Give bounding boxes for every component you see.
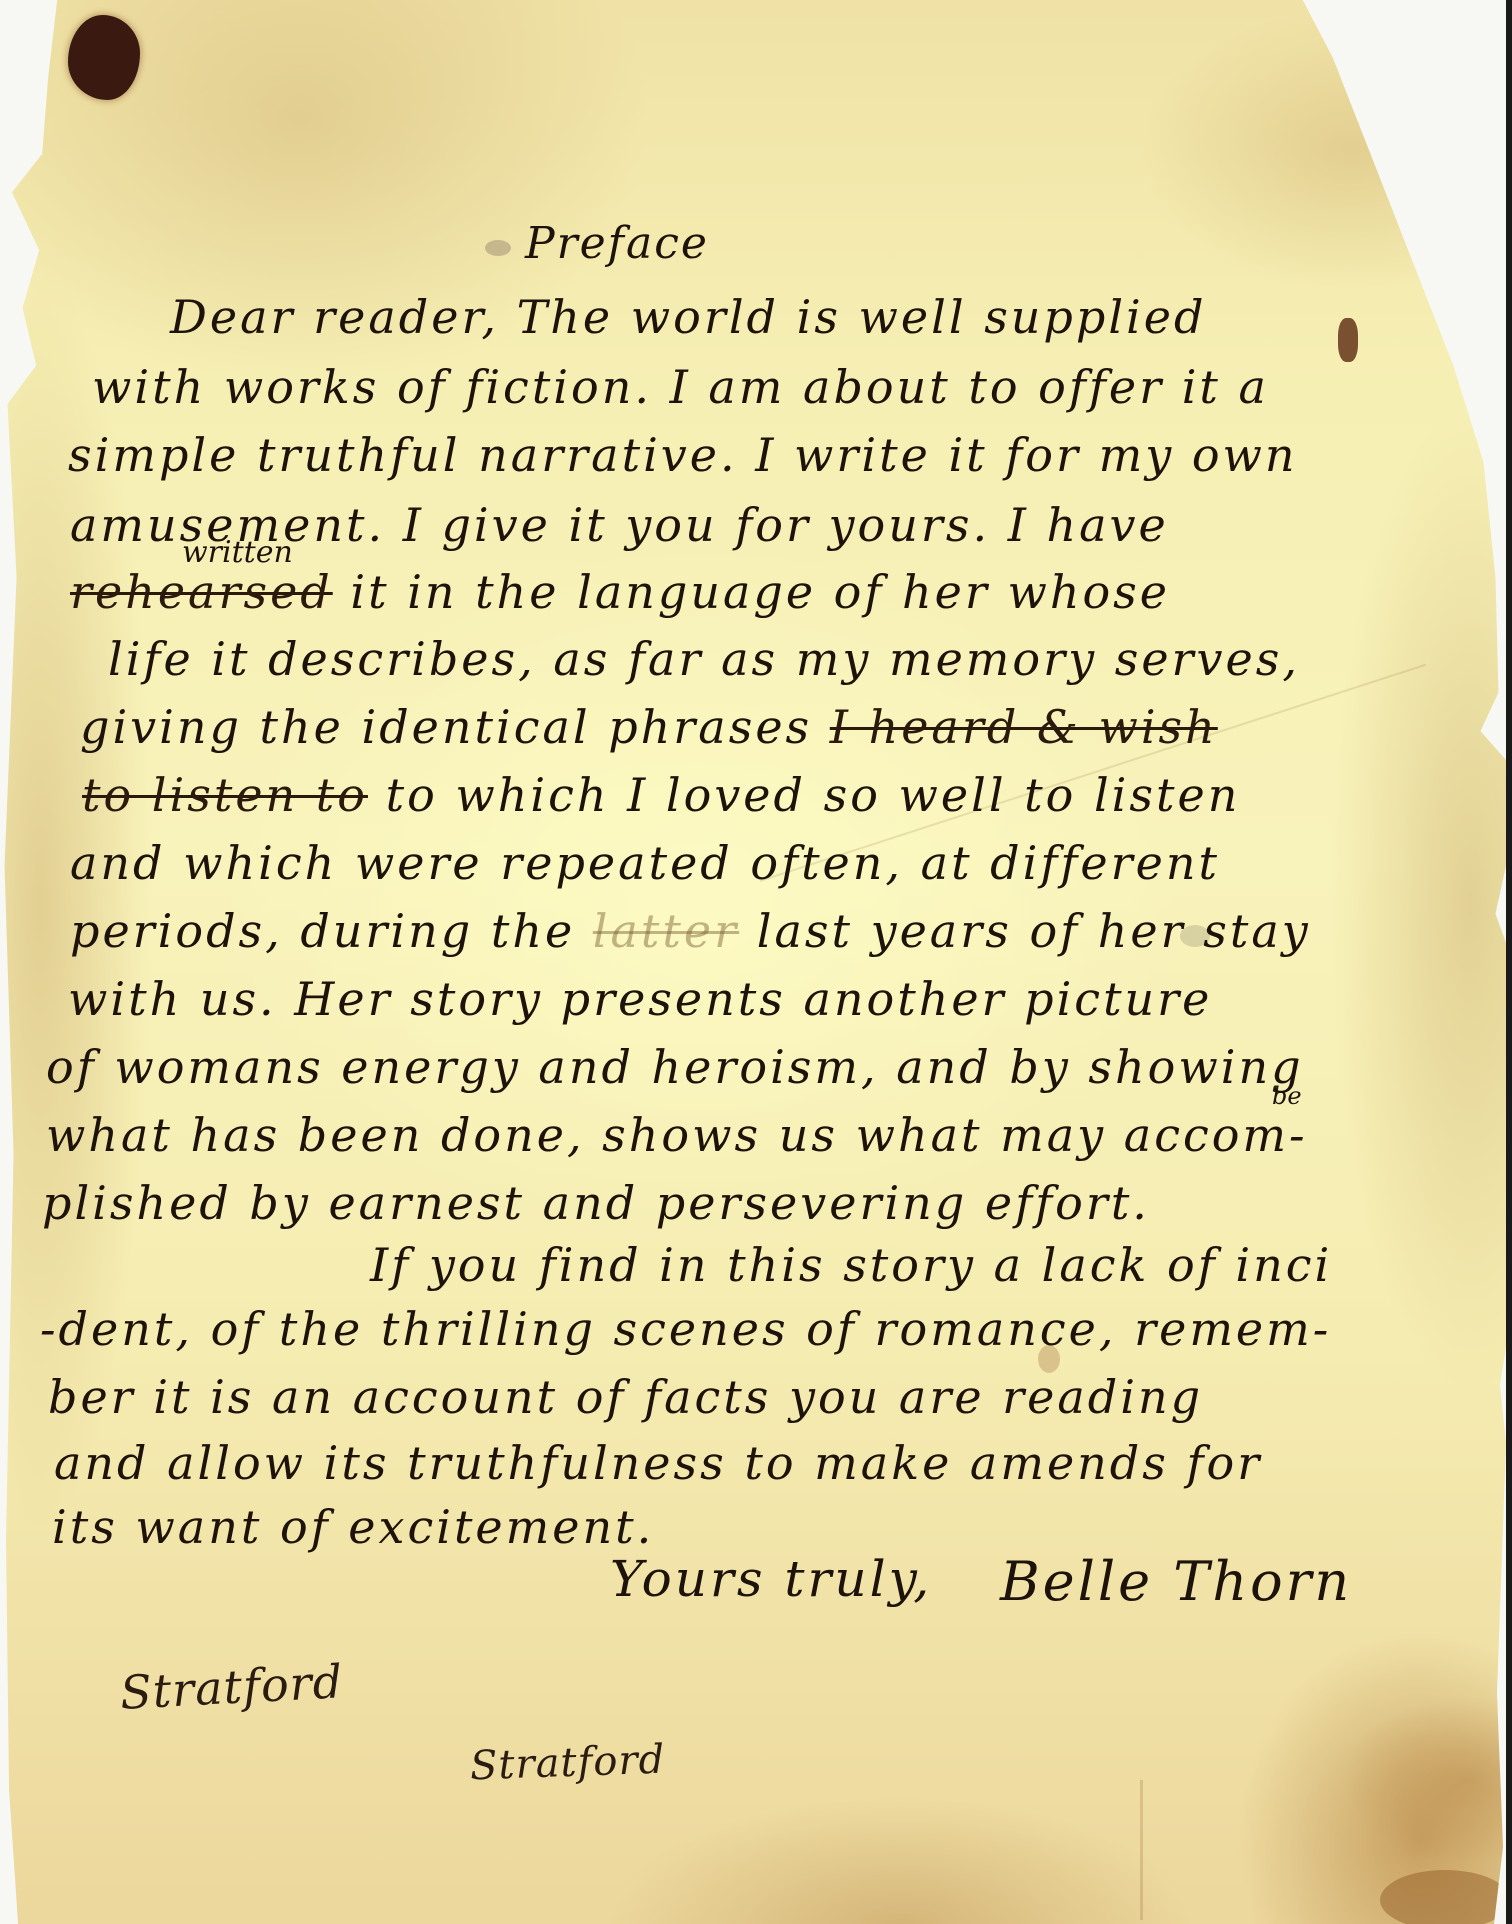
spot	[485, 240, 511, 256]
line-text: with us. Her story presents another pict…	[68, 972, 1212, 1026]
insertion-be: be	[1272, 1082, 1302, 1110]
faded-struck-text: latter	[593, 904, 739, 958]
text-line: periods, during the latter last years of…	[70, 904, 1311, 958]
burn-hole	[68, 15, 140, 100]
line-text: its want of excitement.	[52, 1500, 654, 1554]
text-line: what has been done, shows us what may ac…	[46, 1108, 1308, 1162]
signature: Belle Thorn	[1000, 1550, 1352, 1613]
text-line: rehearsed it in the language of her whos…	[70, 565, 1170, 619]
fold-crease	[1140, 1780, 1143, 1920]
line-text: Dear reader, The world is well supplied	[170, 290, 1206, 344]
text-line: of womans energy and heroism, and by sho…	[46, 1040, 1304, 1094]
line-text: of womans energy and heroism, and by sho…	[46, 1040, 1304, 1094]
line-text: with works of fiction. I am about to off…	[92, 360, 1269, 414]
line-text: last years of her stay	[739, 904, 1311, 958]
text-line: simple truthful narrative. I write it fo…	[68, 428, 1298, 482]
place-note: Stratford	[469, 1737, 666, 1790]
text-line: and allow its truthfulness to make amend…	[54, 1436, 1262, 1490]
struck-text: rehearsed	[70, 565, 333, 619]
line-text: and allow its truthfulness to make amend…	[54, 1436, 1262, 1490]
text-line: with us. Her story presents another pict…	[68, 972, 1212, 1026]
text-line: -dent, of the thrilling scenes of romanc…	[40, 1302, 1331, 1356]
line-text: to which I loved so well to listen	[368, 768, 1240, 822]
ink-blot	[1338, 318, 1358, 362]
page-title: Preface	[525, 218, 709, 269]
manuscript-page: Preface Dear reader, The world is well s…	[0, 0, 1506, 1924]
place-note: Stratford	[119, 1654, 345, 1720]
text-line: to listen to to which I loved so well to…	[82, 768, 1240, 822]
text-line: plished by earnest and persevering effor…	[42, 1176, 1150, 1230]
line-text: simple truthful narrative. I write it fo…	[68, 428, 1298, 482]
struck-text: I heard & wish	[830, 700, 1218, 754]
line-text: If you find in this story a lack of inci	[370, 1238, 1332, 1292]
line-text: and which were repeated often, at differ…	[70, 836, 1220, 890]
struck-text: to listen to	[82, 768, 368, 822]
text-line: life it describes, as far as my memory s…	[108, 632, 1300, 686]
text-line: giving the identical phrases I heard & w…	[80, 700, 1218, 754]
text-line: with works of fiction. I am about to off…	[92, 360, 1269, 414]
line-text: plished by earnest and persevering effor…	[42, 1176, 1150, 1230]
line-text: giving the identical phrases	[80, 700, 830, 754]
line-text: accom-	[1124, 1108, 1308, 1162]
edge-stain	[1380, 1870, 1510, 1924]
valediction: Yours truly,	[610, 1550, 932, 1608]
line-text: periods, during the	[70, 904, 593, 958]
line-text: life it describes, as far as my memory s…	[108, 632, 1300, 686]
line-text: what has been done, shows us what may	[46, 1108, 1106, 1162]
line-text: -dent, of the thrilling scenes of romanc…	[40, 1302, 1331, 1356]
text-line: its want of excitement.	[52, 1500, 654, 1554]
text-line: and which were repeated often, at differ…	[70, 836, 1220, 890]
text-line: If you find in this story a lack of inci	[370, 1238, 1332, 1292]
scanner-border	[1506, 0, 1512, 1924]
line-text: ber it is an account of facts you are re…	[48, 1370, 1203, 1424]
text-line: ber it is an account of facts you are re…	[48, 1370, 1203, 1424]
line-text: it in the language of her whose	[333, 565, 1170, 619]
text-line: Dear reader, The world is well supplied	[170, 290, 1206, 344]
